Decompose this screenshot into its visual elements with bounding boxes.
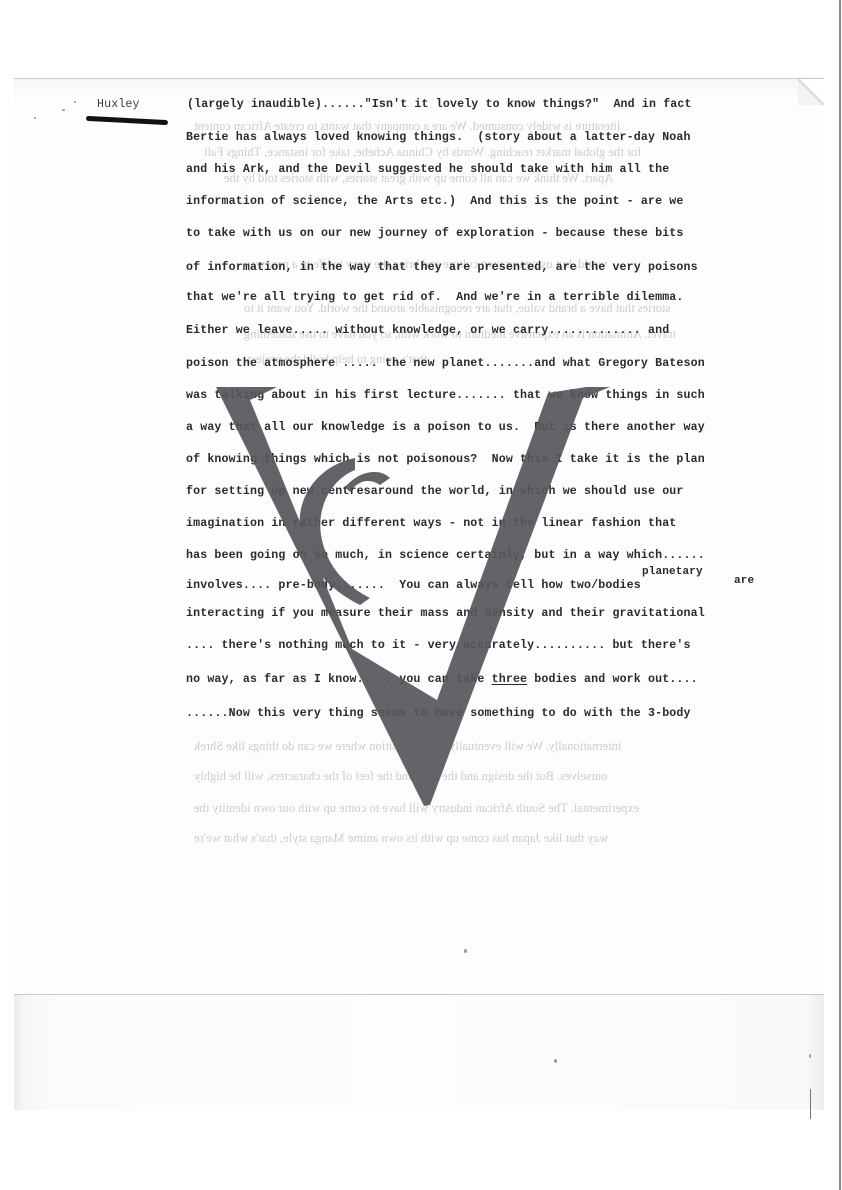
transcript-line: imagination in rather different ways - n… bbox=[186, 517, 676, 530]
transcript-line: has been going on so much, in science ce… bbox=[186, 549, 705, 562]
line-text: bodies and work out.... bbox=[527, 673, 698, 686]
transcript-line: Bertie has always loved knowing things. … bbox=[186, 131, 691, 144]
transcript-line: information of science, the Arts etc.) A… bbox=[186, 195, 684, 208]
transcript-line: poison the atmosphere ..... the new plan… bbox=[186, 357, 705, 370]
scan-speck bbox=[809, 1054, 811, 1058]
scan-speck bbox=[464, 949, 467, 953]
transcript-line: to take with us on our new journey of ex… bbox=[186, 227, 684, 240]
speaker-label: Huxley bbox=[97, 98, 140, 111]
transcript-line: ......Now this very thing seems to have … bbox=[186, 707, 691, 720]
transcript-line: .... there's nothing much to it - very a… bbox=[186, 639, 691, 652]
typescript-body: Huxley (largely inaudible)......"Isn't i… bbox=[14, 79, 824, 994]
transcript-line: that we're all trying to get rid of. And… bbox=[186, 291, 684, 304]
transcript-line: Either we leave..... without knowledge, … bbox=[186, 324, 669, 337]
transcript-line: was talking about in his first lecture..… bbox=[186, 389, 705, 402]
handtyped-insertion: are bbox=[734, 575, 754, 587]
typescript-sheet: literature is widely consumed. We are a … bbox=[14, 79, 824, 995]
scan-speck bbox=[34, 117, 36, 119]
underlined-word: three bbox=[492, 673, 528, 686]
scan-speck bbox=[62, 109, 65, 111]
line-text: no way, as far as I know..... you can ta… bbox=[186, 673, 492, 686]
transcript-line: interacting if you measure their mass an… bbox=[186, 607, 705, 620]
transcript-line: involves.... pre-body....... You can alw… bbox=[186, 579, 641, 592]
scan-speck bbox=[74, 101, 76, 103]
transcript-line: of information, in the way that they are… bbox=[186, 261, 698, 274]
scan-speck bbox=[554, 1059, 557, 1063]
transcript-line: and his Ark, and the Devil suggested he … bbox=[186, 163, 669, 176]
transcript-line: (largely inaudible)......"Isn't it lovel… bbox=[187, 98, 692, 111]
transcript-line: a way that all our knowledge is a poison… bbox=[186, 421, 705, 434]
transcript-line: no way, as far as I know..... you can ta… bbox=[186, 673, 698, 686]
handtyped-insertion: planetary bbox=[642, 566, 703, 578]
transcript-line: for setting up new centresaround the wor… bbox=[186, 485, 684, 498]
transcript-line: of knowing things which is not poisonous… bbox=[186, 453, 705, 466]
viewer-edge-divider bbox=[839, 0, 841, 1190]
scan-artifact-line bbox=[810, 1089, 811, 1119]
scanned-page: literature is widely consumed. We are a … bbox=[14, 78, 824, 1110]
speaker-marker-stroke bbox=[86, 116, 168, 125]
